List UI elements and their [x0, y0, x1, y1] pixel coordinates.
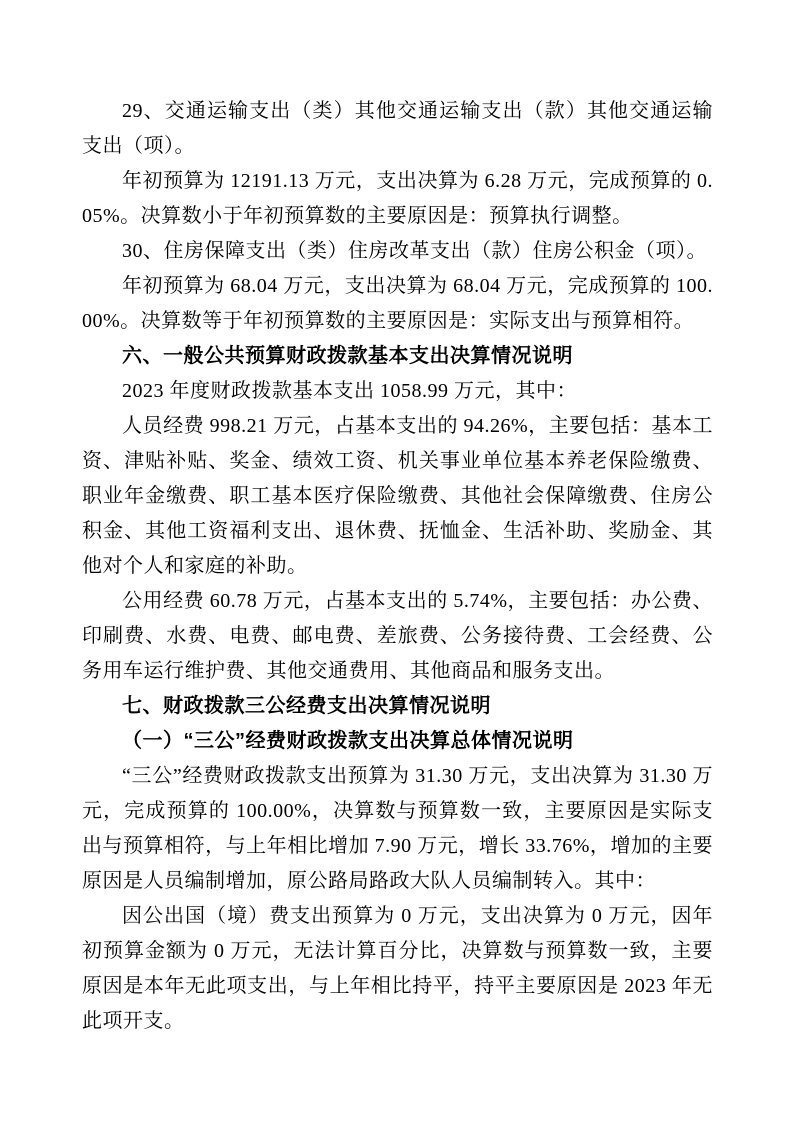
document-page: 29、交通运输支出（类）其他交通运输支出（款）其他交通运输支出（项）。 年初预算…	[0, 0, 793, 1122]
paragraph-three-public-overview: “三公”经费财政拨款支出预算为 31.30 万元，支出决算为 31.30 万元，…	[82, 759, 713, 899]
section-heading-7-1-overview: （一）“三公”经费财政拨款支出决算总体情况说明	[82, 724, 713, 759]
document-body: 29、交通运输支出（类）其他交通运输支出（款）其他交通运输支出（项）。 年初预算…	[82, 94, 713, 1039]
paragraph-item-30-detail: 年初预算为 68.04 万元，支出决算为 68.04 万元，完成预算的 100.…	[82, 269, 713, 339]
paragraph-abroad-expenses: 因公出国（境）费支出预算为 0 万元，支出决算为 0 万元，因年初预算金额为 0…	[82, 899, 713, 1039]
paragraph-item-29-detail: 年初预算为 12191.13 万元，支出决算为 6.28 万元，完成预算的 0.…	[82, 164, 713, 234]
paragraph-personnel-funds: 人员经费 998.21 万元，占基本支出的 94.26%，主要包括：基本工资、津…	[82, 409, 713, 584]
section-heading-6-basic-expenditure: 六、一般公共预算财政拨款基本支出决算情况说明	[82, 339, 713, 374]
section-heading-7-three-public: 七、财政拨款三公经费支出决算情况说明	[82, 689, 713, 724]
paragraph-item-29-title: 29、交通运输支出（类）其他交通运输支出（款）其他交通运输支出（项）。	[82, 94, 713, 164]
paragraph-basic-expenditure-total: 2023 年度财政拨款基本支出 1058.99 万元，其中：	[82, 374, 713, 409]
paragraph-item-30-title: 30、住房保障支出（类）住房改革支出（款）住房公积金（项）。	[82, 234, 713, 269]
paragraph-public-funds: 公用经费 60.78 万元，占基本支出的 5.74%，主要包括：办公费、印刷费、…	[82, 584, 713, 689]
